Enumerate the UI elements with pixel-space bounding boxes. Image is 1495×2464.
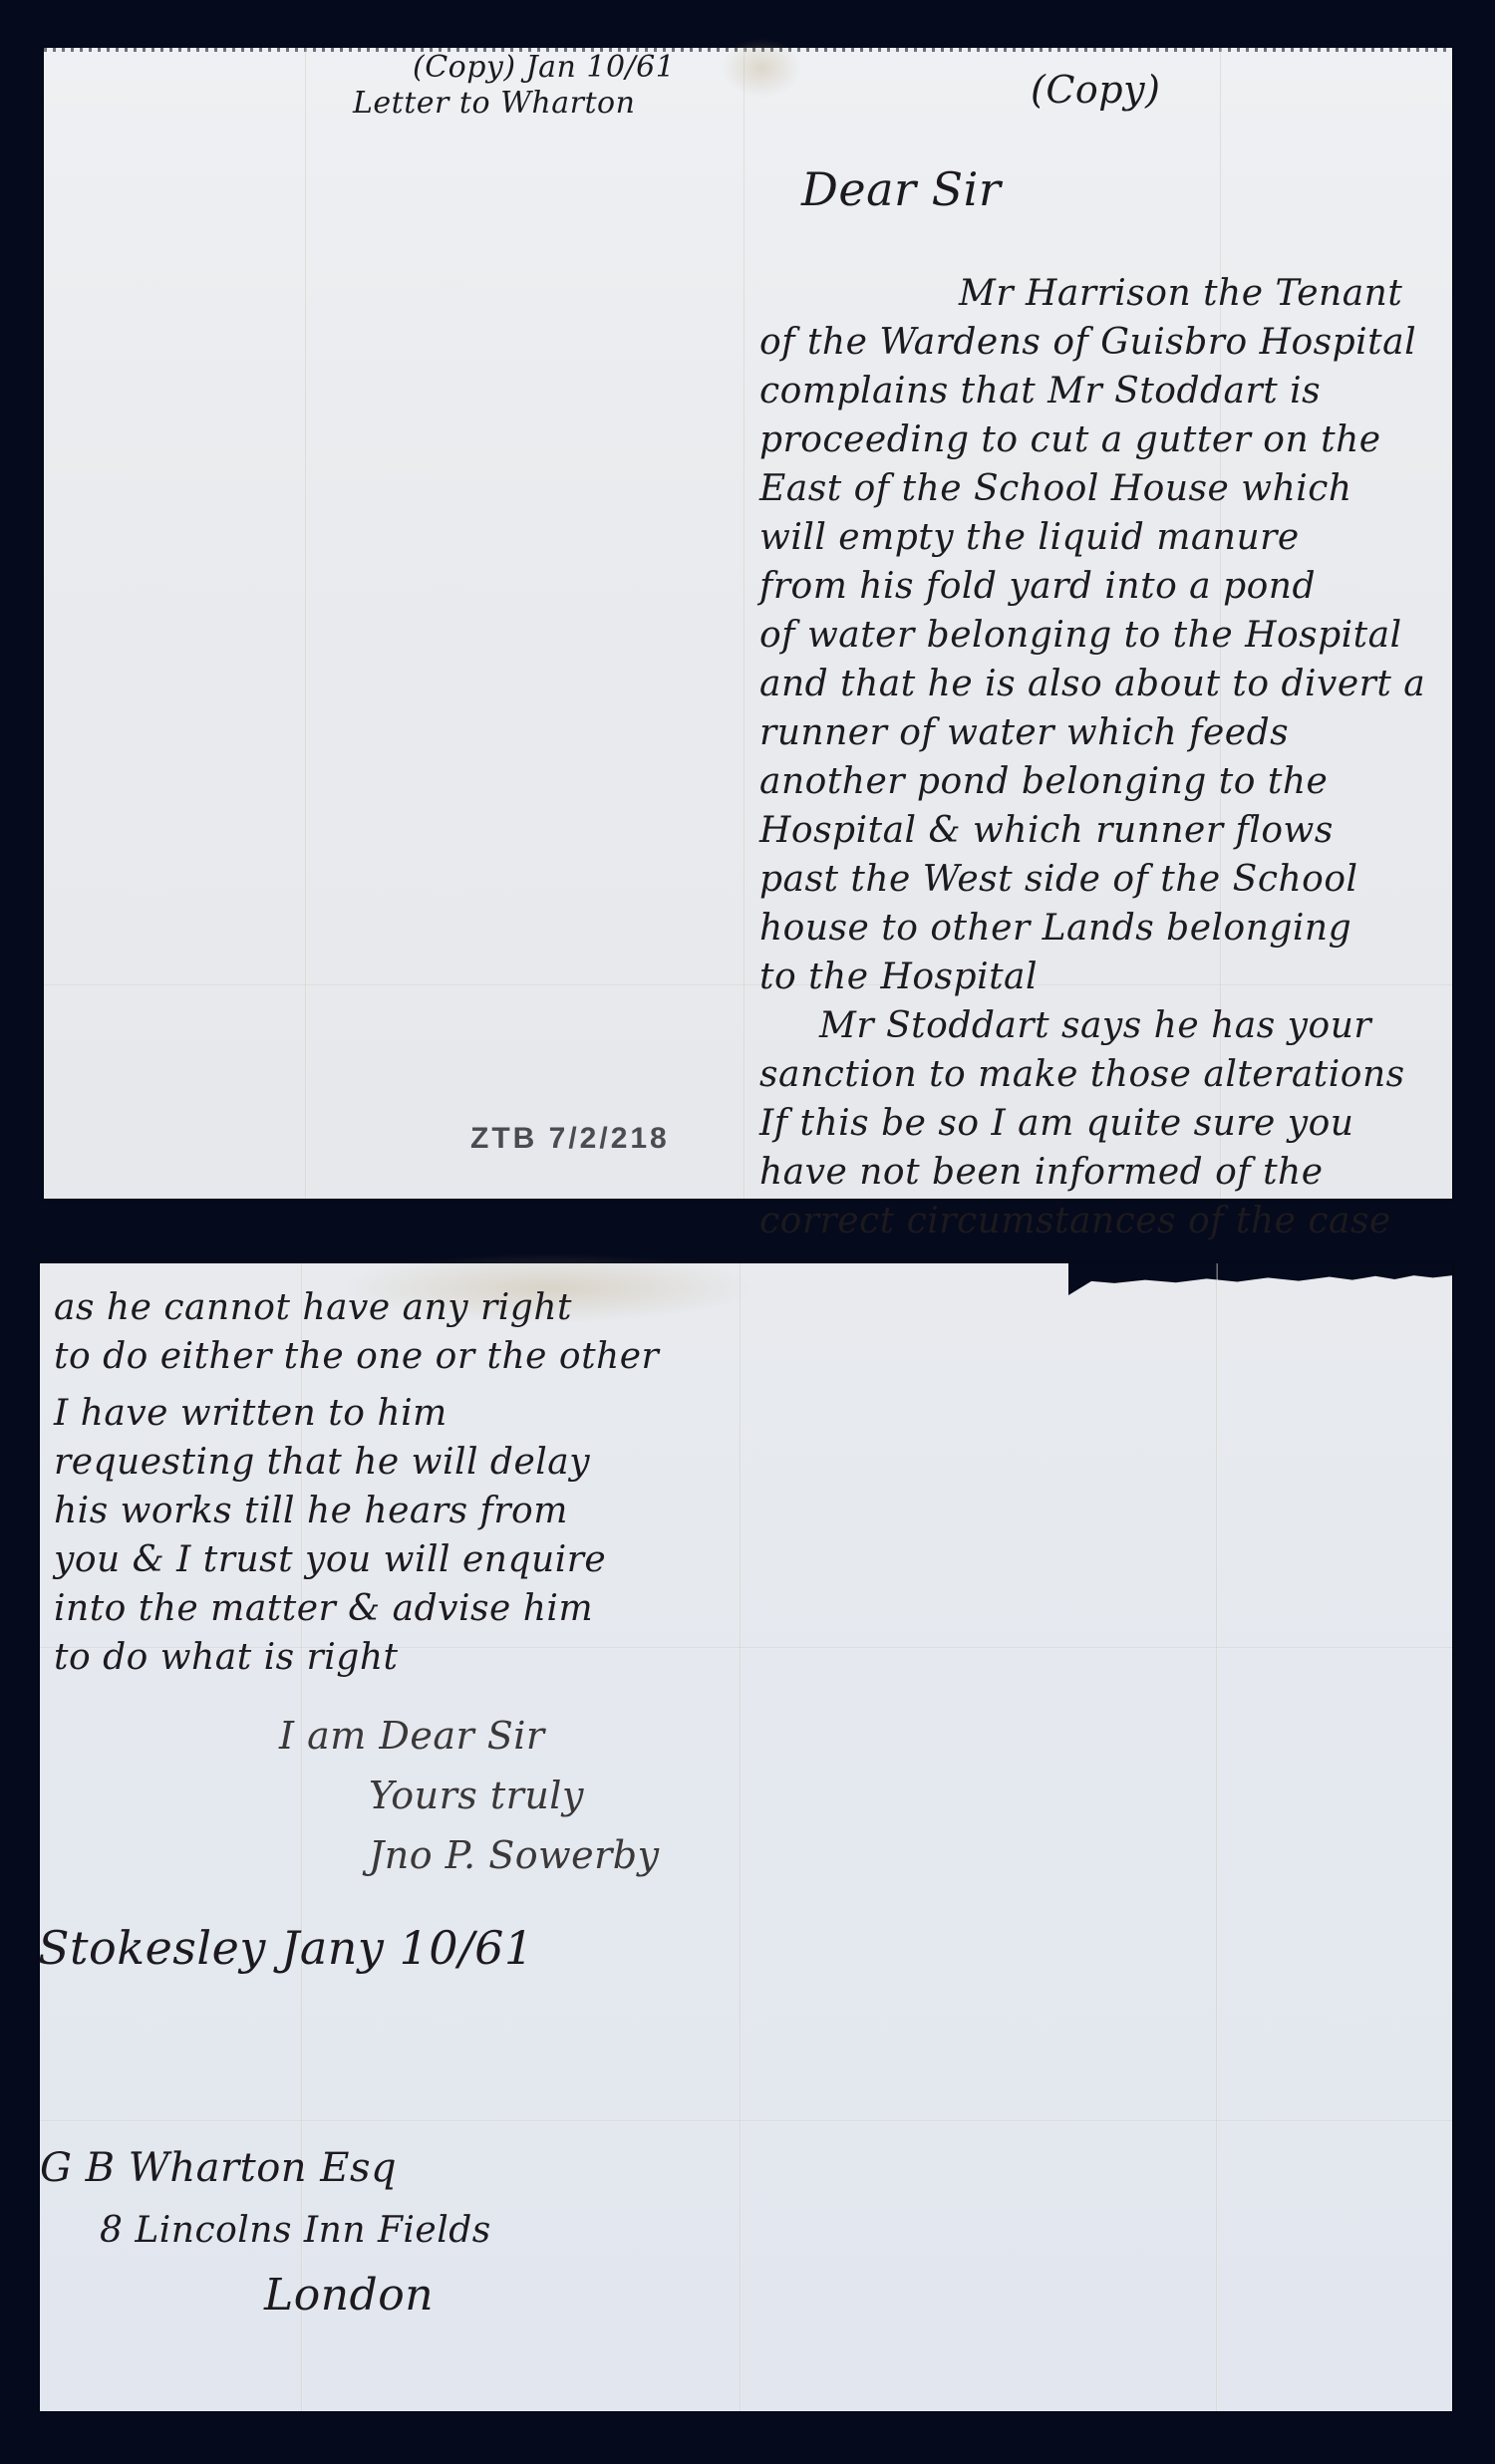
letter-page-2: as he cannot have any right to do either… bbox=[40, 1263, 1452, 2411]
center-fold bbox=[740, 1263, 742, 2411]
fold-line bbox=[40, 2120, 1452, 2122]
place-date: Stokesley Jany 10/61 bbox=[38, 1921, 534, 1975]
body-line: have not been informed of the bbox=[759, 1148, 1425, 1197]
body-line: requesting that he will delay bbox=[54, 1438, 659, 1487]
closing-line: I am Dear Sir bbox=[279, 1714, 545, 1758]
body-line: runner of water which feeds bbox=[759, 708, 1425, 757]
paper-stain bbox=[722, 38, 801, 98]
address-line-3: London bbox=[264, 2270, 434, 2321]
body-line: house to other Lands belonging bbox=[759, 904, 1425, 953]
body-line: Hospital & which runner flows bbox=[759, 806, 1425, 855]
address-line-1: G B Wharton Esq bbox=[40, 2145, 397, 2191]
closing-line: Yours truly bbox=[369, 1774, 584, 1817]
docket-line-2: Letter to Wharton bbox=[353, 86, 675, 122]
letter-body-page-1: Mr Harrison the Tenant of the Wardens of… bbox=[759, 269, 1425, 1245]
body-line: Mr Stoddart says he has your bbox=[759, 1001, 1425, 1050]
address-line-2: 8 Lincolns Inn Fields bbox=[100, 2210, 491, 2251]
center-fold bbox=[744, 48, 746, 1199]
docket-note: (Copy) Jan 10/61 Letter to Wharton bbox=[353, 50, 675, 122]
body-line: Mr Harrison the Tenant bbox=[759, 269, 1425, 318]
body-line: to do either the one or the other bbox=[54, 1332, 659, 1381]
body-line: past the West side of the School bbox=[759, 855, 1425, 904]
copy-mark: (Copy) bbox=[1031, 68, 1160, 112]
body-line: from his fold yard into a pond bbox=[759, 562, 1425, 611]
body-line: will empty the liquid manure bbox=[759, 513, 1425, 562]
body-line: you & I trust you will enquire bbox=[54, 1535, 659, 1584]
body-line: East of the School House which bbox=[759, 464, 1425, 513]
body-line: correct circumstances of the case bbox=[759, 1197, 1425, 1245]
body-line: to do what is right bbox=[54, 1633, 659, 1682]
letter-body-page-2: as he cannot have any right to do either… bbox=[54, 1283, 659, 1682]
salutation: Dear Sir bbox=[801, 162, 1001, 216]
body-line: to the Hospital bbox=[759, 953, 1425, 1001]
fold-line bbox=[1216, 1263, 1218, 2411]
docket-line-1: (Copy) Jan 10/61 bbox=[353, 50, 675, 86]
body-line: another pond belonging to the bbox=[759, 757, 1425, 806]
signature: Jno P. Sowerby bbox=[369, 1833, 660, 1877]
body-line: If this be so I am quite sure you bbox=[759, 1099, 1425, 1148]
body-line: complains that Mr Stoddart is bbox=[759, 367, 1425, 415]
body-line: into the matter & advise him bbox=[54, 1584, 659, 1633]
fold-line bbox=[305, 48, 307, 1199]
body-line: I have written to him bbox=[54, 1389, 659, 1438]
body-line: of water belonging to the Hospital bbox=[759, 611, 1425, 660]
archive-reference: ZTB 7/2/218 bbox=[470, 1122, 670, 1156]
body-line: sanction to make those alterations bbox=[759, 1050, 1425, 1099]
body-line: as he cannot have any right bbox=[54, 1283, 659, 1332]
body-line: proceeding to cut a gutter on the bbox=[759, 415, 1425, 464]
body-line: and that he is also about to divert a bbox=[759, 660, 1425, 708]
body-line: his works till he hears from bbox=[54, 1487, 659, 1535]
body-line: of the Wardens of Guisbro Hospital bbox=[759, 318, 1425, 367]
torn-edge bbox=[1068, 1263, 1452, 1295]
letter-page-1: (Copy) Jan 10/61 Letter to Wharton (Copy… bbox=[44, 48, 1452, 1199]
